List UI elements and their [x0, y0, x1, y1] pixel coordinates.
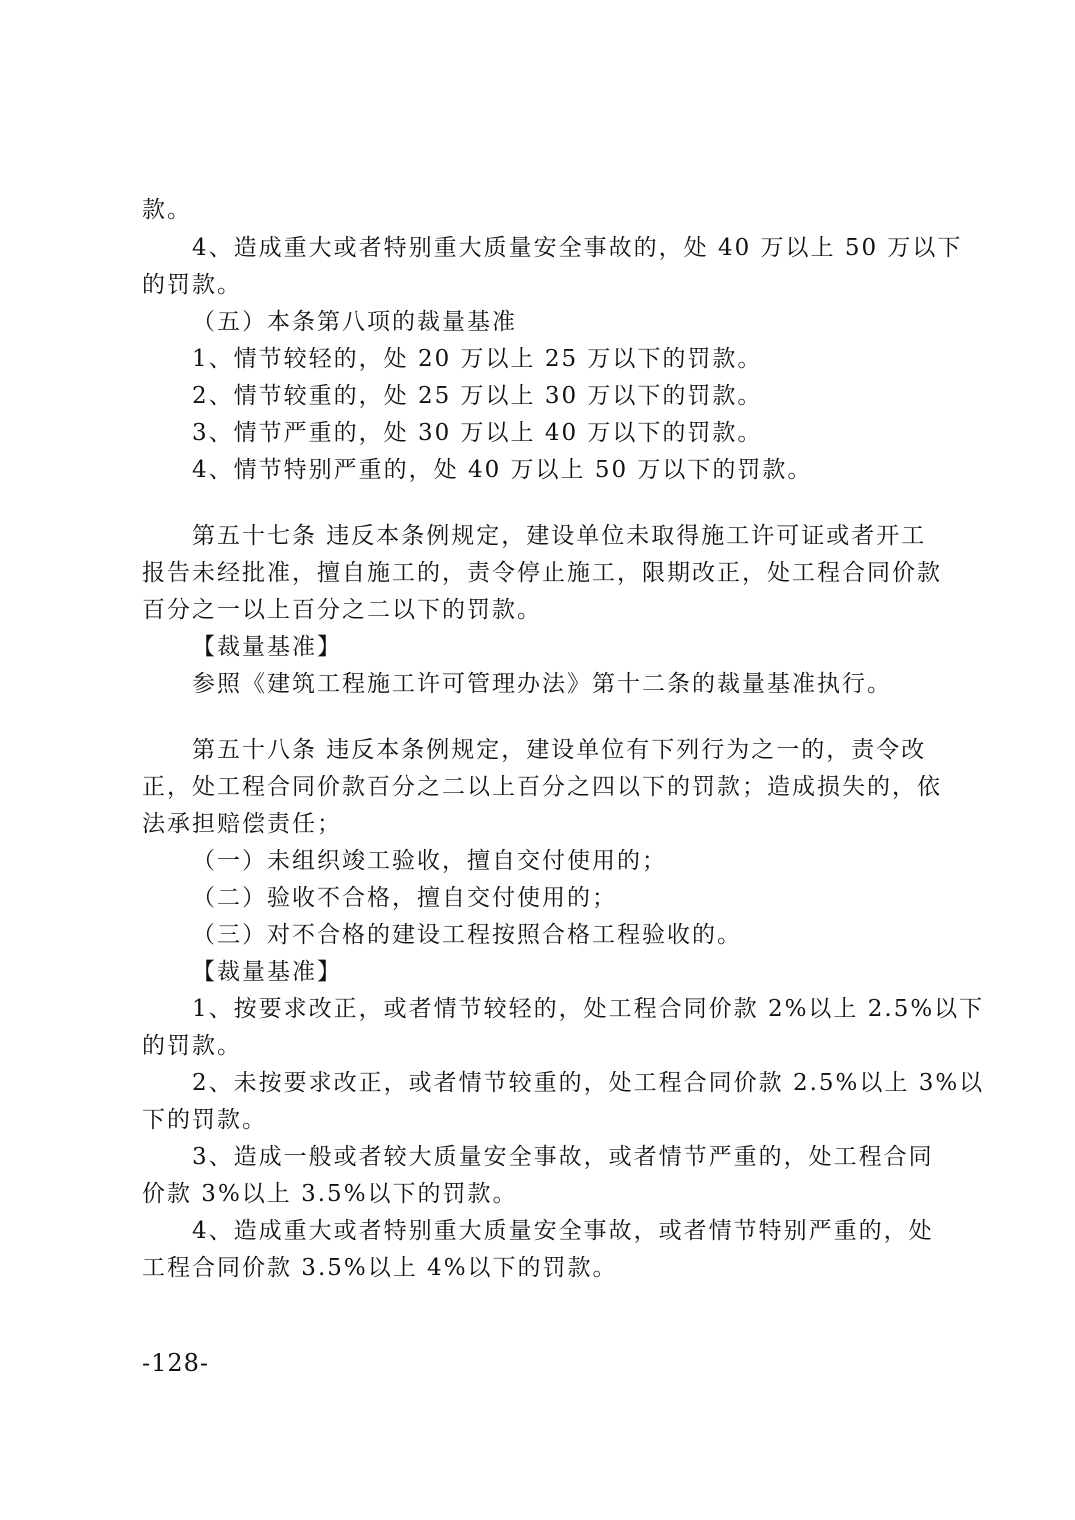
text-line: 3、造成一般或者较大质量安全事故，或者情节严重的，处工程合同: [192, 1142, 992, 1172]
text-line: （五）本条第八项的裁量基准: [192, 307, 992, 337]
text-line: 1、按要求改正，或者情节较轻的，处工程合同价款 2%以上 2.5%以下: [192, 994, 992, 1024]
text-line: 4、造成重大或者特别重大质量安全事故的，处 40 万以上 50 万以下: [192, 233, 992, 263]
text-line: 报告未经批准，擅自施工的，责令停止施工，限期改正，处工程合同价款: [142, 558, 942, 588]
text-line: 的罚款。: [142, 1031, 942, 1061]
text-line: 参照《建筑工程施工许可管理办法》第十二条的裁量基准执行。: [192, 669, 992, 699]
page-number: -128-: [142, 1348, 209, 1378]
text-line: 4、情节特别严重的，处 40 万以上 50 万以下的罚款。: [192, 455, 992, 485]
text-line: 第五十七条 违反本条例规定，建设单位未取得施工许可证或者开工: [192, 521, 992, 551]
text-line: 正，处工程合同价款百分之二以上百分之四以下的罚款；造成损失的，依: [142, 772, 942, 802]
text-line: 1、情节较轻的，处 20 万以上 25 万以下的罚款。: [192, 344, 992, 374]
text-line: （二）验收不合格，擅自交付使用的；: [192, 883, 992, 913]
text-line: 工程合同价款 3.5%以上 4%以下的罚款。: [142, 1253, 942, 1283]
text-line: 下的罚款。: [142, 1105, 942, 1135]
text-line: 百分之一以上百分之二以下的罚款。: [142, 595, 942, 625]
text-line: 3、情节严重的，处 30 万以上 40 万以下的罚款。: [192, 418, 992, 448]
text-line: 2、未按要求改正，或者情节较重的，处工程合同价款 2.5%以上 3%以: [192, 1068, 992, 1098]
text-line: 价款 3%以上 3.5%以下的罚款。: [142, 1179, 942, 1209]
text-line: （三）对不合格的建设工程按照合格工程验收的。: [192, 920, 992, 950]
text-line: 款。: [142, 195, 942, 225]
text-line: （一）未组织竣工验收，擅自交付使用的；: [192, 846, 992, 876]
text-line: 第五十八条 违反本条例规定，建设单位有下列行为之一的，责令改: [192, 735, 992, 765]
text-line: 【裁量基准】: [192, 957, 992, 987]
text-line: 【裁量基准】: [192, 632, 992, 662]
document-page: 款。4、造成重大或者特别重大质量安全事故的，处 40 万以上 50 万以下的罚款…: [0, 0, 1075, 1520]
text-line: 2、情节较重的，处 25 万以上 30 万以下的罚款。: [192, 381, 992, 411]
text-line: 的罚款。: [142, 270, 942, 300]
text-line: 4、造成重大或者特别重大质量安全事故，或者情节特别严重的，处: [192, 1216, 992, 1246]
text-line: 法承担赔偿责任；: [142, 809, 942, 839]
